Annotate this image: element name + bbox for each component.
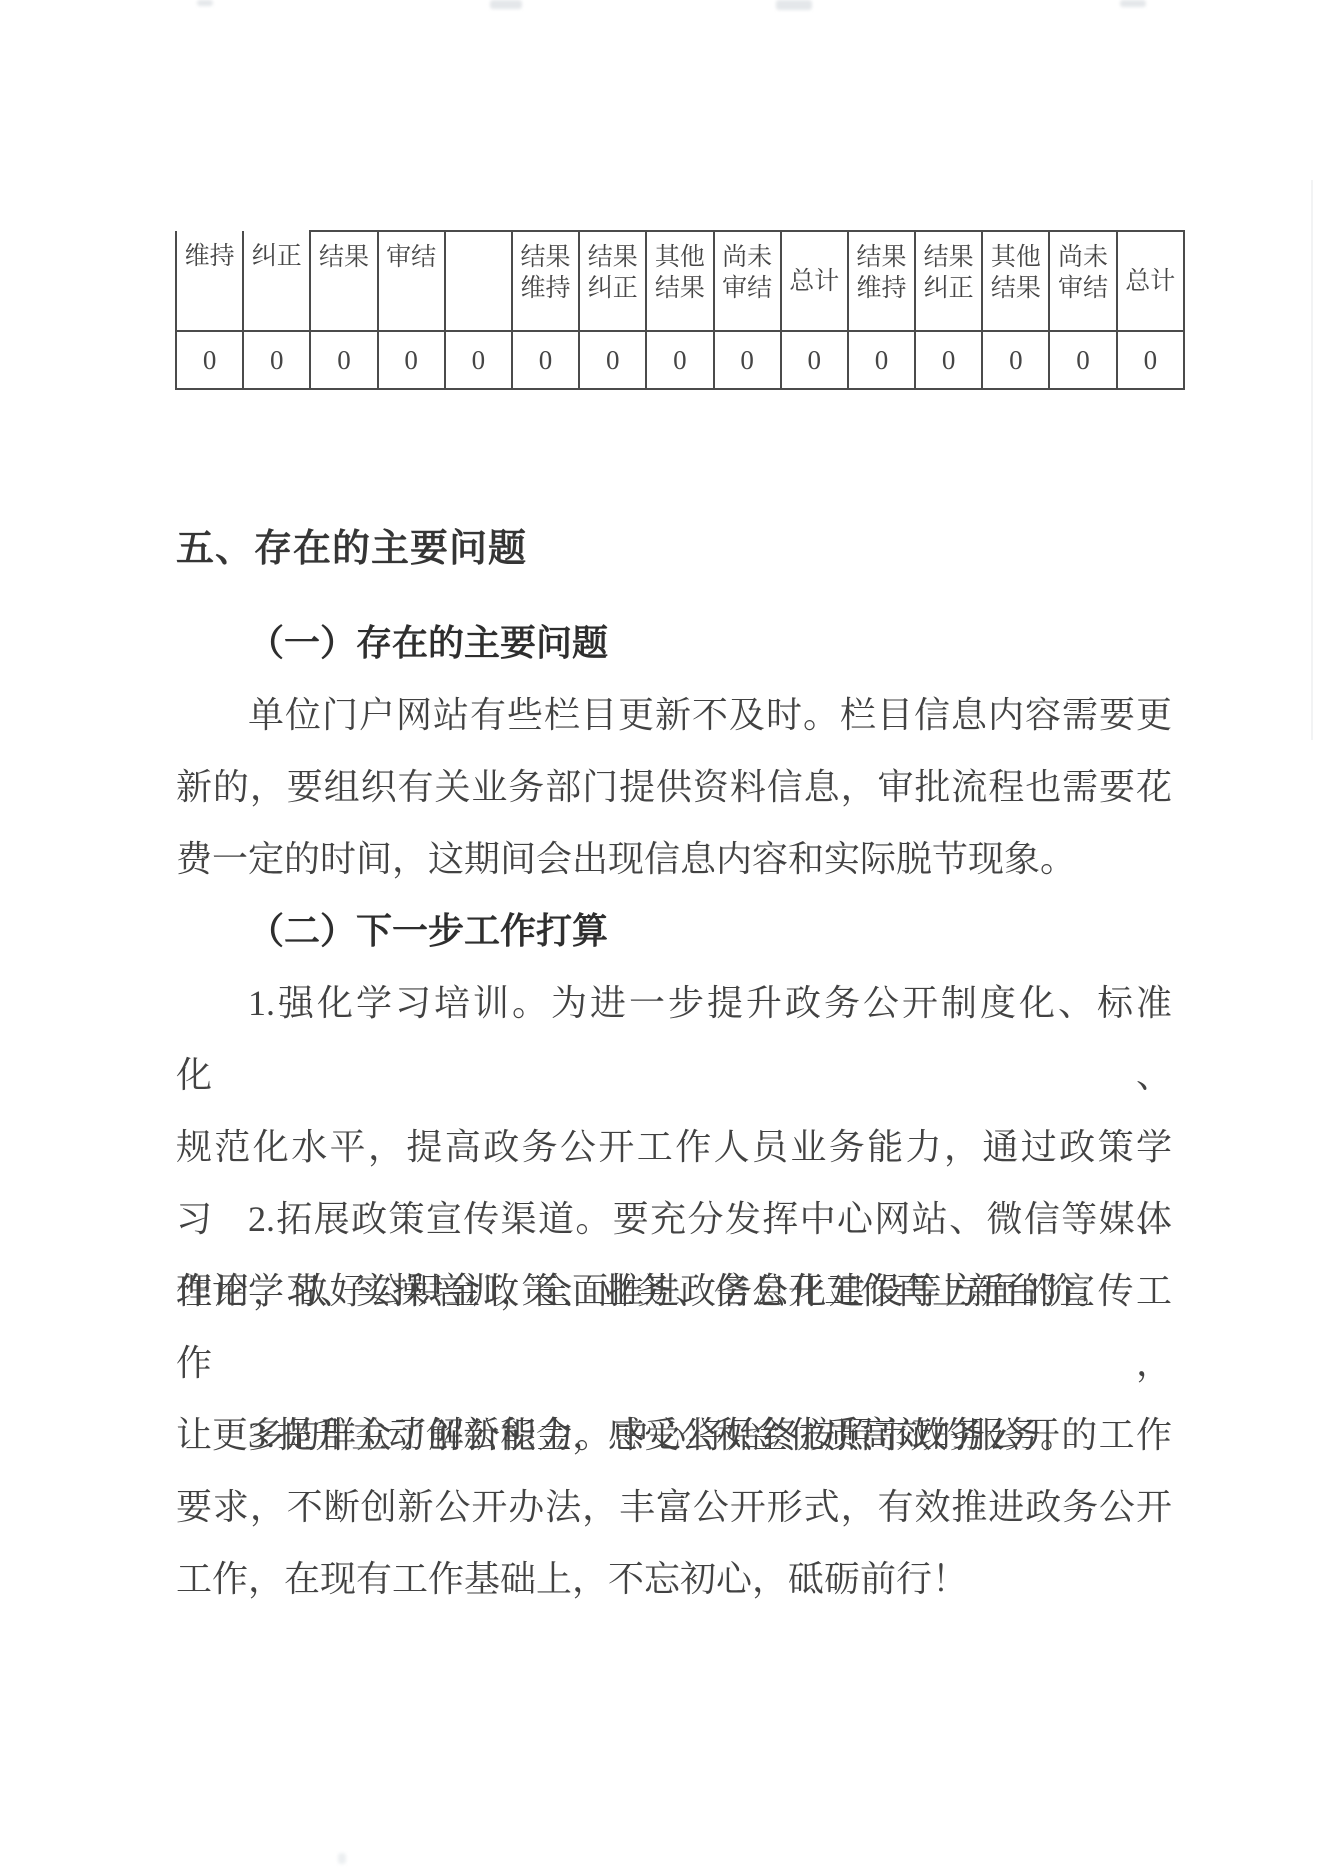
table-data-cell: 0 (378, 331, 445, 389)
scan-artifact (338, 1853, 346, 1864)
table-header-cell: 结果 (310, 231, 377, 331)
paragraph-line: 3.提升主动创新能力。中心将始终按照市政务公开的工作 (176, 1399, 1172, 1471)
table-header-cell: 尚未审结 (1049, 231, 1116, 331)
table-header-cell: 审结 (378, 231, 445, 331)
table-header-cell: 其他结果 (646, 231, 713, 331)
paragraph-line: 工作，在现有工作基础上，不忘初心，砥砺前行！ (176, 1543, 1172, 1615)
table-header-cell: 结果维持 (848, 231, 915, 331)
scan-artifact (1120, 0, 1146, 7)
paragraph-line: 费一定的时间，这期间会出现信息内容和实际脱节现象。 (176, 823, 1172, 895)
paragraph-4: 3.提升主动创新能力。中心将始终按照市政务公开的工作 要求，不断创新公开办法，丰… (176, 1399, 1172, 1615)
scan-artifact (490, 0, 522, 9)
table-data-cell: 0 (310, 331, 377, 389)
subsection-heading-1: （一）存在的主要问题 (176, 607, 1172, 679)
table-data-row: 0 0 0 0 0 0 0 0 0 0 0 0 0 0 0 (176, 331, 1184, 389)
table-data-cell: 0 (1117, 331, 1184, 389)
table-header-cell: 其他结果 (982, 231, 1049, 331)
table-header-cell: 结果维持 (512, 231, 579, 331)
table-data-cell: 0 (579, 331, 646, 389)
section-heading: 五、存在的主要问题 (176, 513, 527, 585)
paragraph-line: 2.拓展政策宣传渠道。要充分发挥中心网站、微信等媒体 (176, 1183, 1172, 1255)
scan-edge-line (1311, 180, 1313, 740)
table-data-cell: 0 (176, 331, 243, 389)
table-data-cell: 0 (646, 331, 713, 389)
table-header-cell: 结果纠正 (915, 231, 982, 331)
table-data-cell: 0 (714, 331, 781, 389)
paragraph-line: 要求，不断创新公开办法，丰富公开形式，有效推进政务公开 (176, 1471, 1172, 1543)
table-header-cell: 维持 (176, 231, 243, 331)
table-data-cell: 0 (512, 331, 579, 389)
scan-artifact (197, 0, 213, 6)
table-data-cell: 0 (781, 331, 848, 389)
document-page: 维持 纠正 结果 审结 结果维持 结果纠正 其他结果 尚未审结 总计 结果维持 … (0, 0, 1323, 1870)
table-data-cell: 0 (848, 331, 915, 389)
paragraph-line: 作用，做好公积金政策、业务、信息化建设等方面的宣传工作， (176, 1255, 1172, 1399)
table-data-cell: 0 (915, 331, 982, 389)
table-header-cell: 纠正 (243, 231, 310, 331)
table-header-cell: 结果纠正 (579, 231, 646, 331)
paragraph-line: 1.强化学习培训。为进一步提升政务公开制度化、标准化、 (176, 967, 1172, 1111)
table-data-cell: 0 (982, 331, 1049, 389)
subsection-heading-2: （二）下一步工作打算 (176, 895, 1172, 967)
paragraph-line: 单位门户网站有些栏目更新不及时。栏目信息内容需要更 (176, 679, 1172, 751)
table-data-cell: 0 (445, 331, 512, 389)
paragraph-line: 新的，要组织有关业务部门提供资料信息，审批流程也需要花 (176, 751, 1172, 823)
table-header-cell: 总计 (781, 231, 848, 331)
table-data-cell: 0 (243, 331, 310, 389)
scan-artifact (776, 0, 812, 10)
table-header-cell: 尚未审结 (714, 231, 781, 331)
paragraph-1: 单位门户网站有些栏目更新不及时。栏目信息内容需要更 新的，要组织有关业务部门提供… (176, 679, 1172, 895)
table-data-cell: 0 (1049, 331, 1116, 389)
statistics-continuation-table: 维持 纠正 结果 审结 结果维持 结果纠正 其他结果 尚未审结 总计 结果维持 … (175, 230, 1185, 390)
table-header-cell-empty (445, 231, 512, 331)
table-header-cell: 总计 (1117, 231, 1184, 331)
table-header-row: 维持 纠正 结果 审结 结果维持 结果纠正 其他结果 尚未审结 总计 结果维持 … (176, 231, 1184, 331)
